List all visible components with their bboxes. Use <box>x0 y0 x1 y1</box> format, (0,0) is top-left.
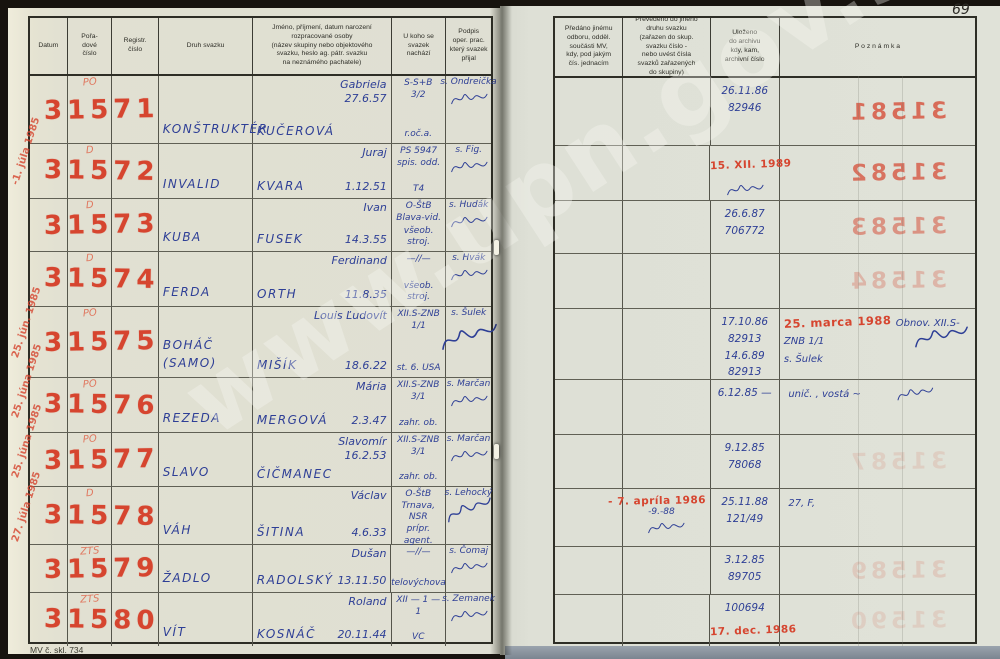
column-header-registr-cislo: Registr. číslo <box>112 18 159 74</box>
archive-entry: 100694 <box>710 595 779 617</box>
given-name: Václav <box>257 489 387 503</box>
cover-name: BOHÁČ (SAMO) <box>163 336 217 372</box>
date-stamp <box>711 123 779 125</box>
signature-squiggle-icon <box>894 382 935 407</box>
column-header-prevedeno: Převedeno do jiného druhu svazku (zařaze… <box>623 18 710 76</box>
ulozeno-cell: 6.12.85 — <box>711 380 780 434</box>
prevedeno-cell <box>623 547 710 594</box>
jmeno-cell: Louis Ľudovít MIŠÍK 18.6.22 <box>253 307 392 377</box>
archive-entry: 6.12.85 — <box>711 380 779 402</box>
predano-cell <box>555 380 623 434</box>
predano-cell <box>555 146 623 200</box>
date-stamp <box>711 480 779 482</box>
birth-date: 20.11.44 <box>338 628 387 641</box>
birth-date: 18.6.22 <box>345 359 387 372</box>
u-koho-cell: —//— telovýchova <box>391 545 446 592</box>
registration-number-stamp: 31576 <box>44 389 160 421</box>
category-code: D <box>67 485 111 500</box>
podpis-cell: s. Lehocký <box>446 487 491 544</box>
podpis-cell: s. Zemanek <box>446 593 491 646</box>
signature-squiggle-icon <box>449 445 489 467</box>
holder-unit: XII — 1 — 1 <box>393 595 444 618</box>
ulozeno-cell: 15. XII. 1989 <box>710 146 780 200</box>
binding-stitch <box>494 240 499 255</box>
u-koho-cell: XII.S-ZNB 3/1 zahr. ob. <box>392 378 446 432</box>
ulozeno-cell: 26.11.86 82946 <box>711 78 780 145</box>
page-number: 69 <box>952 2 970 18</box>
u-koho-cell: PS 5947 spis. odd. T4 <box>392 144 447 198</box>
druh-svazku-cell: BOHÁČ (SAMO) <box>159 307 253 377</box>
table-row: D 31573 KUBA Ivan FUSEK 14.3.55 O-ŠtB Bl… <box>30 199 491 252</box>
surname: ŠITINA <box>257 525 305 539</box>
category-code: PO <box>67 74 111 89</box>
druh-svazku-cell: INVALID <box>159 144 253 198</box>
poznamka-cell: 31590 <box>780 595 975 646</box>
table-row: D 31574 FERDA Ferdinand ORTH 11.8.35 —//… <box>30 252 491 307</box>
archive-entry <box>710 146 779 151</box>
registration-number-stamp: 31573 <box>44 209 160 241</box>
table-row: 100694 17. dec. 1986 31590 <box>555 595 975 646</box>
registration-number-stamp: 31575 <box>44 326 160 358</box>
holder-unit: XII.S-ZNB 3/1 <box>397 380 439 403</box>
u-koho-cell: XII — 1 — 1 VC <box>392 593 446 646</box>
table-row: PO 31577 SLAVO Slavomír 16.2.53 ČIČMANEC… <box>30 433 491 487</box>
ulozeno-cell: 25.11.88 121/49 <box>711 489 780 546</box>
archive-entry: 17.10.86 82913 14.6.89 82913 <box>711 309 779 381</box>
u-koho-cell: S-S+B 3/2 r.oč.a. <box>392 76 446 143</box>
birth-date: 13.11.50 <box>337 574 386 587</box>
table-row: 31584 <box>555 254 975 309</box>
poznamka-cell: 25. marca 1988 Obnov. XII.S-ZNB 1/1 s. Š… <box>780 309 975 379</box>
bleedthrough-line <box>902 76 903 647</box>
right-table-header-row: Předáno jinému odboru, odděl. součásti M… <box>555 18 975 78</box>
druh-svazku-cell: REZEDA <box>159 378 253 432</box>
birth-date: 14.3.55 <box>345 233 387 246</box>
column-header-podpis: Podpis oper. prac. který svazek přijal <box>446 18 491 74</box>
form-footer: MV č. skl. 734 <box>30 645 83 655</box>
table-row: PO 31576 REZEDA Mária MERGOVÁ 2.3.47 XII… <box>30 378 491 433</box>
ghost-number-bleedthrough: 31581 <box>847 98 947 126</box>
column-header-datum: Datum <box>30 18 68 74</box>
column-header-poznamka: P o z n á m k a <box>780 18 975 76</box>
predano-cell <box>555 309 623 379</box>
table-row: 26.11.86 82946 31581 <box>555 78 975 146</box>
officer-name: s. Hudák <box>449 200 488 210</box>
ulozeno-cell: 26.6.87 706772 <box>711 201 780 253</box>
officer-name: s. Zemanek <box>442 594 495 604</box>
jmeno-cell: Mária MERGOVÁ 2.3.47 <box>253 378 392 432</box>
date-stamp <box>711 266 779 268</box>
predano-cell <box>555 595 623 646</box>
podpis-cell: s. Ondreička <box>446 76 491 143</box>
registration-number-stamp: 31574 <box>44 263 160 295</box>
u-koho-cell: XII.S-ZNB 3/1 zahr. ob. <box>392 433 446 486</box>
surname: FUSEK <box>257 232 303 246</box>
prevedeno-cell: - 7. apríla 1986 -9.-88 <box>623 489 710 546</box>
category-code: PO <box>67 305 111 320</box>
given-name: Ferdinand <box>257 254 387 268</box>
signature-squiggle-icon <box>449 88 489 110</box>
prevedeno-cell <box>623 435 710 488</box>
surname: ORTH <box>257 287 297 301</box>
signature-squiggle-icon <box>449 264 489 286</box>
given-name: Dušan <box>257 547 387 561</box>
surname: KUČEROVÁ <box>257 124 335 138</box>
predano-cell <box>555 547 623 594</box>
cover-name: FERDA <box>163 283 211 301</box>
signature-squiggle-icon <box>449 557 489 579</box>
signature-squiggle-icon <box>909 317 972 356</box>
table-row: ZTS 31579 ŽADLO Dušan RADOLSKÝ 13.11.50 … <box>30 545 491 593</box>
surname: KOSNÁČ <box>257 627 316 641</box>
given-name: Gabriela 27.6.57 <box>257 78 387 106</box>
date-stamp <box>711 409 779 411</box>
surname: MIŠÍK <box>257 358 297 372</box>
date-stamp <box>711 123 779 125</box>
date-stamp: 17. dec. 1986 <box>710 624 779 638</box>
birth-date: 11.8.35 <box>345 288 387 301</box>
poznamka-cell: 31589 <box>780 547 975 594</box>
jmeno-cell: Dušan RADOLSKÝ 13.11.50 <box>253 545 392 592</box>
druh-svazku-cell: ŽADLO <box>159 545 253 592</box>
column-header-poradove-cislo: Pořa- dové číslo <box>68 18 113 74</box>
table-row: 3.12.85 89705 31589 <box>555 547 975 595</box>
registration-number-stamp: 31572 <box>44 155 160 187</box>
date-stamp: - 7. apríla 1986 <box>605 494 709 508</box>
binding-stitch <box>494 444 499 459</box>
ulozeno-cell: 17.10.86 82913 14.6.89 82913 <box>711 309 780 379</box>
table-row: PO 31575 BOHÁČ (SAMO) Louis Ľudovít MIŠÍ… <box>30 307 491 378</box>
signature-squiggle-icon <box>449 390 489 412</box>
date-stamp <box>711 246 779 248</box>
birth-date: 1.12.51 <box>345 180 387 193</box>
holder-note: T4 <box>413 184 424 196</box>
signature-squiggle-icon <box>449 605 489 627</box>
u-koho-cell: O-ŠtB Trnava, NSR prípr. agent. <box>392 487 446 544</box>
officer-name: s. Marčan <box>447 379 491 389</box>
signature-squiggle-icon <box>449 211 489 233</box>
poznamka-cell: 31587 <box>780 435 975 488</box>
podpis-cell: s. Marčan <box>446 378 491 432</box>
birth-date: 4.6.33 <box>352 526 387 539</box>
archive-entry: 25.11.88 121/49 <box>711 489 779 528</box>
ledger-right-page: Předáno jinému odboru, odděl. součásti M… <box>500 6 1000 655</box>
holder-note: st. 6. USA <box>397 363 441 375</box>
cover-name: SLAVO <box>163 463 210 481</box>
holder-note: všeob. stroj. <box>393 281 445 304</box>
archive-entry: 3.12.85 89705 <box>711 547 779 586</box>
date-stamp: 25. marca 1988 <box>784 313 892 331</box>
u-koho-cell: O-ŠtB Blava-vid. všeob. stroj. <box>392 199 447 251</box>
table-row: - 7. apríla 1986 -9.-88 25.11.88 121/49 … <box>555 489 975 547</box>
date-stamp <box>711 534 779 536</box>
prevedeno-cell <box>623 78 710 145</box>
archive-entry <box>711 254 779 259</box>
registration-number-stamp: 31580 <box>44 603 160 635</box>
column-header-jmeno: Jméno, příjmení, datum narození rozpraco… <box>253 18 392 74</box>
podpis-cell: s. Marčan <box>446 433 491 486</box>
holder-unit: —//— <box>406 547 430 559</box>
officer-name: s. Čomaj <box>449 546 488 556</box>
poznamka-cell: 31583 <box>780 201 975 253</box>
registration-number-stamp: 31571 <box>44 93 160 125</box>
druh-svazku-cell: VÁH <box>159 487 253 544</box>
surname: MERGOVÁ <box>257 413 328 427</box>
given-name: Ivan <box>257 201 387 215</box>
holder-note: zahr. ob. <box>399 472 438 484</box>
poznamka-cell: 27, F, <box>780 489 975 546</box>
surname: KVARA <box>257 179 305 193</box>
officer-name: s. Hvák <box>452 253 485 263</box>
podpis-cell: s. Hvák <box>446 252 491 306</box>
predano-cell <box>555 201 623 253</box>
cover-name: KUBA <box>163 228 202 246</box>
druh-svazku-cell: FERDA <box>159 252 253 306</box>
registration-number-stamp: 31579 <box>44 552 160 584</box>
ulozeno-cell <box>711 254 780 308</box>
holder-unit: O-ŠtB Trnava, NSR <box>402 489 435 524</box>
left-table-header-row: Datum Pořa- dové číslo Registr. číslo Dr… <box>30 18 491 76</box>
date-stamp: 15. XII. 1989 <box>710 158 779 172</box>
jmeno-cell: Ferdinand ORTH 11.8.35 <box>253 252 392 306</box>
ulozeno-cell: 3.12.85 89705 <box>711 547 780 594</box>
holder-note: r.oč.a. <box>405 129 432 141</box>
u-koho-cell: —//— všeob. stroj. <box>392 252 447 306</box>
poznamka-cell: 31581 <box>780 78 975 145</box>
holder-unit: S-S+B 3/2 <box>404 78 432 101</box>
table-row: D 31572 INVALID Juraj KVARA 1.12.51 PS 5… <box>30 144 491 199</box>
registration-number-stamp: 31577 <box>44 443 160 475</box>
holder-unit: XII.S-ZNB 3/1 <box>397 435 439 458</box>
prevedeno-cell <box>623 146 710 200</box>
prevedeno-cell <box>623 309 710 379</box>
podpis-cell: s. Hudák <box>446 199 491 251</box>
cover-name: VÍT <box>163 623 187 641</box>
prevedeno-cell <box>623 380 710 434</box>
ulozeno-cell: 9.12.85 78068 <box>711 435 780 488</box>
druh-svazku-cell: KUBA <box>159 199 253 251</box>
druh-svazku-cell: VÍT <box>159 593 253 646</box>
table-row: PO 31571 KONŠTRUKTÉR Gabriela 27.6.57 KU… <box>30 76 491 144</box>
jmeno-cell: Juraj KVARA 1.12.51 <box>253 144 392 198</box>
poznamka-cell: 31582 <box>780 146 975 200</box>
column-header-ulozeno: Uloženo do archivu kdy, kam, archivní čí… <box>711 18 780 76</box>
ledger-left-page: -1. júla 1985 25. jún. 1985 25. júna 198… <box>8 8 500 654</box>
officer-name: s. Ondreička <box>440 77 496 87</box>
column-header-u-koho: U koho se svazek nachází <box>392 18 447 74</box>
table-row: D 31578 VÁH Václav ŠITINA 4.6.33 O-ŠtB T… <box>30 487 491 545</box>
prevedeno-cell <box>623 254 710 308</box>
remark-text: unič. , vostá ~ <box>788 389 861 400</box>
signature-squiggle-icon <box>725 179 765 201</box>
column-header-druh-svazku: Druh svazku <box>159 18 253 74</box>
holder-unit: —//— <box>407 254 431 266</box>
holder-unit: PS 5947 spis. odd. <box>397 146 440 169</box>
holder-note: všeob. stroj. <box>393 226 445 249</box>
holder-note: VC <box>412 632 424 644</box>
bleedthrough-line <box>858 76 859 647</box>
cover-name: VÁH <box>163 521 192 539</box>
date-stamp <box>711 266 779 268</box>
holder-note: telovýchova <box>391 578 446 590</box>
birth-date: 2.3.47 <box>352 414 387 427</box>
date-stamp <box>711 534 779 536</box>
archive-entry: 9.12.85 78068 <box>711 435 779 474</box>
poznamka-cell: unič. , vostá ~ <box>780 380 975 434</box>
date-stamp <box>711 409 779 411</box>
table-row: 6.12.85 — unič. , vostá ~ <box>555 380 975 435</box>
podpis-cell: s. Čomaj <box>446 545 491 592</box>
table-row: 15. XII. 1989 31582 <box>555 146 975 201</box>
signature-squiggle-icon <box>646 517 686 539</box>
desk-surface <box>505 646 1000 659</box>
given-name: Mária <box>257 380 387 394</box>
table-row: 9.12.85 78068 31587 <box>555 435 975 489</box>
podpis-cell: s. Šulek <box>446 307 491 377</box>
officer-name: s. Fig. <box>455 145 482 155</box>
handwritten-note: -9.-88 <box>613 507 709 517</box>
predano-cell <box>555 254 623 308</box>
table-row: 26.6.87 706772 31583 <box>555 201 975 254</box>
holder-unit: O-ŠtB Blava-vid. <box>396 201 441 224</box>
druh-svazku-cell: KONŠTRUKTÉR <box>159 76 253 143</box>
given-name: Roland <box>257 595 387 609</box>
holder-unit: XII.S-ZNB 1/1 <box>397 309 439 332</box>
cover-name: REZEDA <box>163 409 221 427</box>
cover-name: ŽADLO <box>163 569 212 587</box>
given-name: Juraj <box>257 146 387 160</box>
date-stamp <box>711 480 779 482</box>
officer-name: s. Marčan <box>447 434 491 444</box>
predano-cell <box>555 78 623 145</box>
archive-entry: 26.6.87 706772 <box>711 201 779 240</box>
left-register-table: Datum Pořa- dové číslo Registr. číslo Dr… <box>28 16 493 644</box>
jmeno-cell: Václav ŠITINA 4.6.33 <box>253 487 392 544</box>
given-name: Louis Ľudovít <box>257 309 387 323</box>
poznamka-cell: 31584 <box>780 254 975 308</box>
jmeno-cell: Gabriela 27.6.57 KUČEROVÁ <box>253 76 392 143</box>
holder-note: zahr. ob. <box>399 418 438 430</box>
date-stamp <box>711 246 779 248</box>
right-register-table: Předáno jinému odboru, odděl. součásti M… <box>553 16 977 644</box>
jmeno-cell: Ivan FUSEK 14.3.55 <box>253 199 392 251</box>
prevedeno-cell <box>623 201 710 253</box>
podpis-cell: s. Fig. <box>446 144 491 198</box>
given-name: Slavomír 16.2.53 <box>257 435 387 463</box>
ulozeno-cell: 100694 17. dec. 1986 <box>710 595 780 646</box>
druh-svazku-cell: SLAVO <box>159 433 253 486</box>
jmeno-cell: Roland KOSNÁČ 20.11.44 <box>253 593 392 646</box>
surname: ČIČMANEC <box>257 467 333 481</box>
column-header-predano: Předáno jinému odboru, odděl. součásti M… <box>555 18 623 76</box>
predano-cell <box>555 435 623 488</box>
holder-note: prípr. agent. <box>393 524 444 547</box>
cover-name: INVALID <box>163 175 221 193</box>
table-row: ZTS 31580 VÍT Roland KOSNÁČ 20.11.44 XII… <box>30 593 491 646</box>
signature-squiggle-icon <box>449 156 489 178</box>
surname: RADOLSKÝ <box>257 573 334 587</box>
remark-text: 27, F, <box>788 498 815 509</box>
prevedeno-cell <box>623 595 710 646</box>
archive-entry: 26.11.86 82946 <box>711 78 779 117</box>
registration-number-stamp: 31578 <box>44 499 160 531</box>
table-row: 17.10.86 82913 14.6.89 82913 25. marca 1… <box>555 309 975 380</box>
jmeno-cell: Slavomír 16.2.53 ČIČMANEC <box>253 433 392 486</box>
